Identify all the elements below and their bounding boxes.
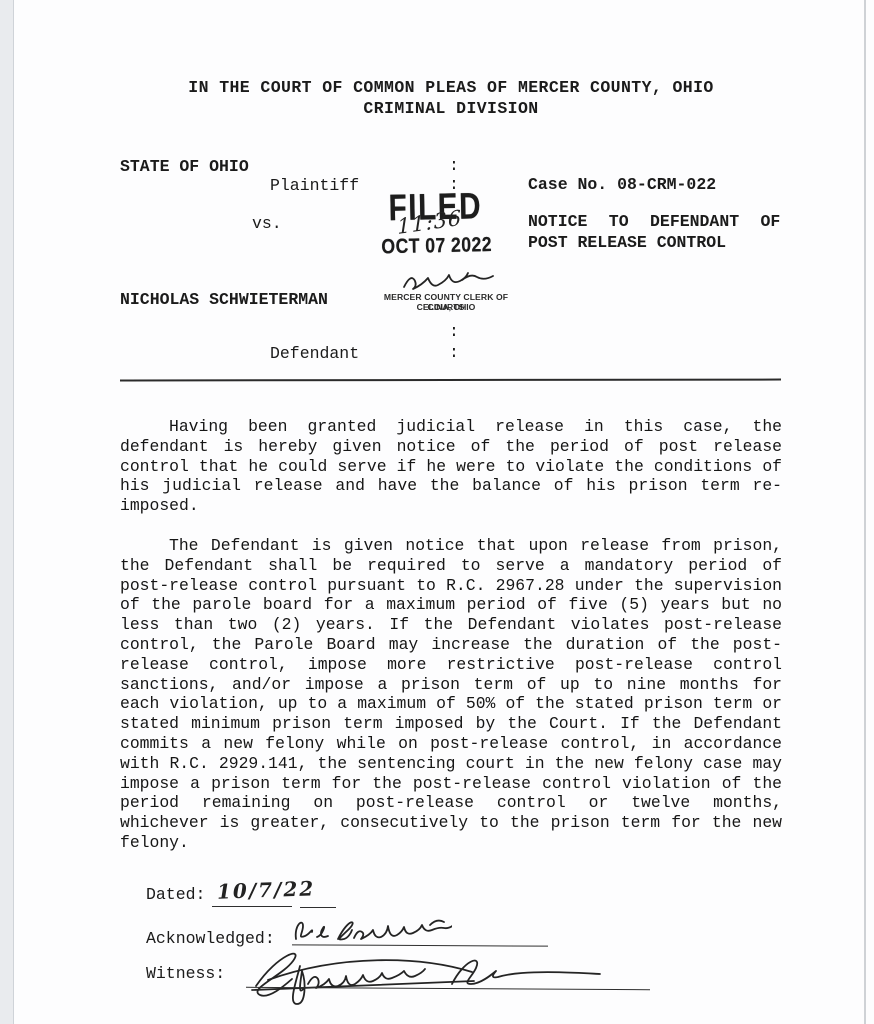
defendant-name: NICHOLAS SCHWIETERMAN — [120, 290, 328, 309]
body-paragraph-1: Having been granted judicial release in … — [120, 417, 782, 516]
case-number: Case No. 08-CRM-022 — [528, 175, 716, 194]
defendant-role: Defendant — [270, 344, 359, 363]
dated-value-handwritten: 10/7/22 — [217, 876, 316, 903]
filed-stamp-date: OCT 07 2022 — [381, 233, 492, 259]
clerk-signature — [398, 269, 498, 293]
witness-label: Witness: — [146, 964, 225, 983]
plaintiff-name: STATE OF OHIO — [120, 157, 249, 176]
scan-edge-right — [864, 0, 866, 1024]
caption-colon-1: : — [449, 156, 459, 175]
caption-colon-4: : — [449, 343, 459, 362]
scan-edge-left — [0, 0, 14, 1024]
clerk-office-line2: CELINA, OHIO — [366, 302, 526, 312]
dated-underline-segment-2 — [300, 907, 336, 908]
dated-label: Dated: — [146, 885, 205, 904]
body-paragraph-2: The Defendant is given notice that upon … — [120, 536, 782, 853]
caption-colon-3: : — [449, 322, 459, 341]
witness-signature — [240, 944, 612, 1014]
filed-stamp: FILED 11:36 OCT 07 2022 — [380, 185, 512, 268]
dated-underline — [212, 906, 292, 907]
court-division: CRIMINAL DIVISION — [120, 99, 782, 118]
document-title-line2: POST RELEASE CONTROL — [528, 233, 726, 252]
acknowledged-signature — [290, 912, 452, 948]
court-name: IN THE COURT OF COMMON PLEAS OF MERCER C… — [120, 78, 782, 97]
plaintiff-role: Plaintiff — [270, 176, 359, 195]
document-title-line1: NOTICE TO DEFENDANT OF — [528, 212, 780, 231]
caption-divider — [120, 379, 781, 382]
scanned-court-document: IN THE COURT OF COMMON PLEAS OF MERCER C… — [0, 0, 874, 1024]
versus: vs. — [252, 214, 282, 233]
